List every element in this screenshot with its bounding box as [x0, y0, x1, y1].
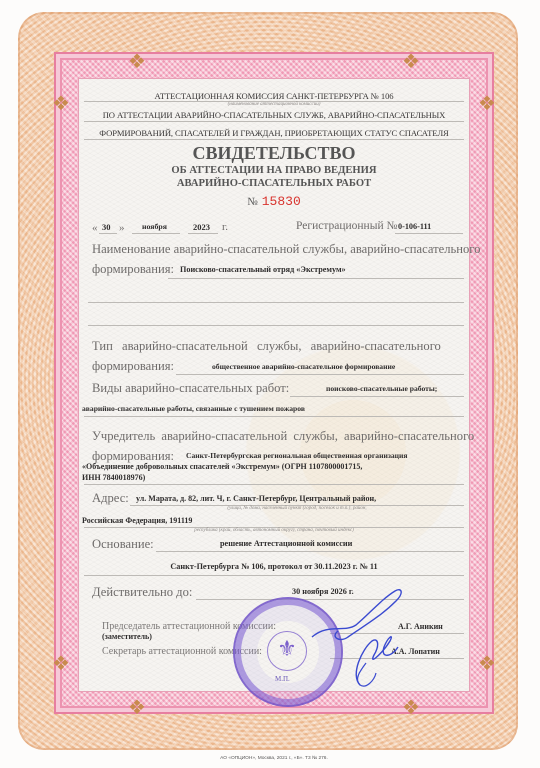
organization-type: общественное аварийно-спасательное форми…	[212, 362, 395, 371]
ornament-icon: ❖	[126, 696, 148, 718]
founder-value-line-1: Санкт-Петербургская региональная обществ…	[186, 451, 408, 460]
works-value-line-1: поисково-спасательные работы;	[326, 384, 437, 393]
commission-hint: (наименование аттестационной комиссии)	[78, 102, 470, 107]
basis-value-line-1: решение Аттестационной комиссии	[220, 539, 352, 548]
address-line-2: Российская Федерация, 191119	[82, 516, 192, 525]
date-close-quote: »	[119, 222, 125, 234]
document-subtitle-1: ОБ АТТЕСТАЦИИ НА ПРАВО ВЕДЕНИЯ	[78, 165, 470, 176]
issue-month: ноября	[142, 222, 167, 231]
ornament-icon: ❖	[476, 92, 498, 114]
name-label-line-1: Наименование аварийно-спасательной служб…	[92, 242, 480, 257]
signature-ink	[300, 585, 410, 695]
ornament-icon: ❖	[476, 652, 498, 674]
underline	[88, 302, 464, 303]
underline	[84, 575, 464, 576]
registration-label: Регистрационный №	[296, 220, 397, 232]
underline	[84, 416, 464, 417]
works-label: Виды аварийно-спасательных работ:	[92, 381, 289, 396]
underline	[290, 396, 464, 397]
underline	[176, 374, 464, 375]
basis-label: Основание:	[92, 537, 154, 552]
certificate-number: № 15830	[78, 192, 470, 210]
commission-name: АТТЕСТАЦИОННАЯ КОМИССИЯ САНКТ-ПЕТЕРБУРГА…	[78, 91, 470, 101]
certificate-number-value: 15830	[262, 194, 301, 209]
printer-imprint: АО «ОПЦИОН», Москва, 2021 г., «Б». Т3 № …	[78, 756, 470, 761]
underline	[84, 139, 464, 140]
ornament-icon: ❖	[400, 50, 422, 72]
commission-scope-line-2: ФОРМИРОВАНИЙ, СПАСАТЕЛЕЙ И ГРАЖДАН, ПРИО…	[78, 128, 470, 138]
organization-name: Поисково-спасательный отряд «Экстремум»	[180, 265, 346, 274]
number-sign: №	[247, 196, 258, 208]
ornament-icon: ❖	[400, 696, 422, 718]
founder-label-line-1: Учредитель аварийно-спасательной службы,…	[92, 429, 474, 444]
date-open-quote: «	[92, 222, 98, 234]
ornament-icon: ❖	[126, 50, 148, 72]
document-subtitle-2: АВАРИЙНО-СПАСАТЕЛЬНЫХ РАБОТ	[78, 178, 470, 189]
commission-scope-line-1: ПО АТТЕСТАЦИИ АВАРИЙНО-СПАСАТЕЛЬНЫХ СЛУЖ…	[78, 110, 470, 120]
founder-value-line-2: «Объединение добровольных спасателей «Эк…	[82, 462, 362, 471]
underline	[132, 233, 180, 234]
underline	[84, 121, 464, 122]
basis-value-line-2: Санкт-Петербурга № 106, протокол от 30.1…	[84, 562, 464, 571]
issue-day: 30	[102, 222, 111, 232]
address-hint-1: (улица, № дома, населенный пункт (город,…	[130, 506, 464, 511]
valid-until-label: Действительно до:	[92, 585, 192, 600]
ornament-icon: ❖	[50, 92, 72, 114]
address-hint-2: республика (край, область, автономный ок…	[84, 528, 464, 533]
underline	[88, 325, 464, 326]
ornament-icon: ❖	[50, 652, 72, 674]
seal-place-mark: М.П.	[275, 675, 290, 683]
address-label: Адрес:	[92, 491, 129, 506]
address-line-1: ул. Марата, д. 82, лит. Ч, г. Санкт-Пете…	[136, 494, 376, 503]
underline	[99, 233, 117, 234]
underline	[188, 233, 218, 234]
document-title: СВИДЕТЕЛЬСТВО	[78, 143, 470, 164]
underline	[168, 278, 464, 279]
works-value-line-2: аварийно-спасательные работы, связанные …	[82, 404, 305, 413]
year-suffix: г.	[222, 221, 228, 233]
underline	[395, 233, 463, 234]
registration-number: 0-106-111	[398, 222, 431, 231]
name-label-line-2: формирования:	[92, 262, 174, 277]
type-label-line-1: Тип аварийно-спасательной службы, аварий…	[92, 339, 441, 354]
underline	[84, 484, 464, 485]
issue-year: 2023	[193, 222, 210, 232]
type-label-line-2: формирования:	[92, 359, 174, 374]
founder-value-line-3: ИНН 7840018976)	[82, 473, 145, 482]
underline	[156, 551, 464, 552]
chair-deputy-note: (заместитель)	[102, 632, 152, 641]
